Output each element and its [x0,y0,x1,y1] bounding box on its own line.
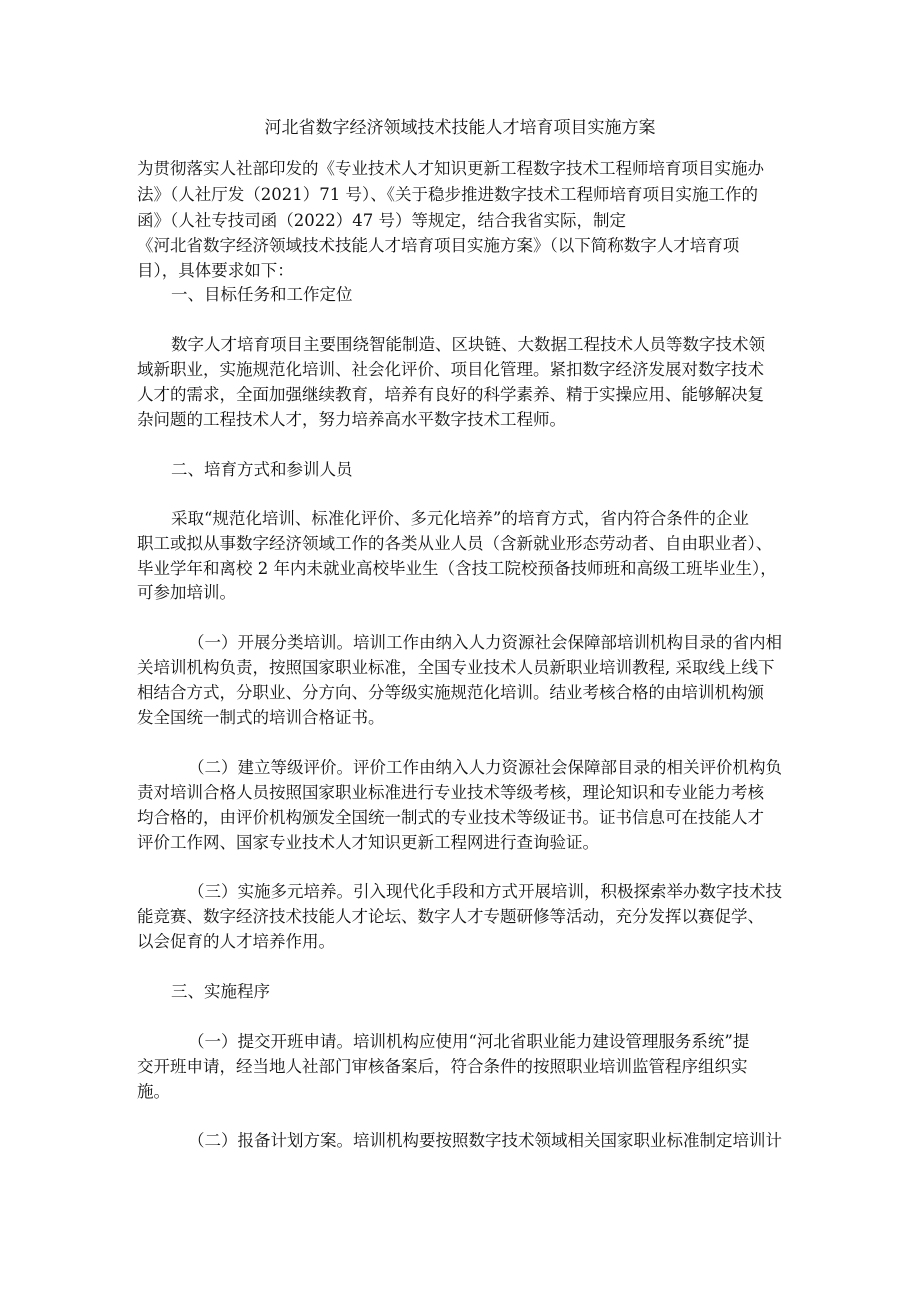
paragraph-line: （一）开展分类培训。培训工作由纳入人力资源社会保障部培训机构目录的省内相 [188,630,848,655]
paragraph-line: 人才的需求，全面加强继续教育，培养有良好的科学素养、精于实操应用、能够解决复 [137,382,797,407]
paragraph-line: （一）提交开班申请。培训机构应使用“河北省职业能力建设管理服务系统”提 [188,1029,848,1054]
section-heading-2: 二、培育方式和参训人员 [171,457,831,482]
paragraph-line: 毕业学年和离校 2 年内未就业高校毕业生（含技工院校预备技师班和高级工班毕业生）… [137,556,797,581]
paragraph-line: 发全国统一制式的培训合格证书。 [137,705,797,730]
paragraph-line: 采取“规范化培训、标准化评价、多元化培养”的培育方式，省内符合条件的企业 [171,506,831,531]
paragraph-line: 相结合方式，分职业、分方向、分等级实施规范化培训。结业考核合格的由培训机构颁 [137,680,797,705]
paragraph-line: 能竞赛、数字经济技术技能人才论坛、数字人才专题研修等活动，充分发挥以赛促学、 [137,904,797,929]
paragraph-line: 评价工作网、国家专业技术人才知识更新工程网进行查询验证。 [137,830,797,855]
paragraph-line: （三）实施多元培养。引入现代化手段和方式开展培训，积极探索举办数字技术技 [188,879,848,904]
paragraph-line: 杂问题的工程技术人才，努力培养高水平数字技术工程师。 [137,407,797,432]
document-title: 河北省数字经济领域技术技能人才培育项目实施方案 [0,116,920,141]
paragraph-line: 职工或拟从事数字经济领域工作的各类从业人员（含新就业形态劳动者、自由职业者）、 [137,531,797,556]
paragraph-line: 可参加培训。 [137,580,797,605]
intro-line: 法》（人社厅发（2021）71 号）、《关于稳步推进数字技术工程师培育项目实施工… [137,182,797,207]
paragraph-line: 施。 [137,1079,797,1104]
intro-line: 《河北省数字经济领域技术技能人才培育项目实施方案》（以下简称数字人才培育项 [137,233,797,258]
document-page: 河北省数字经济领域技术技能人才培育项目实施方案 为贯彻落实人社部印发的《专业技术… [0,0,920,1301]
intro-line: 为贯彻落实人社部印发的《专业技术人才知识更新工程数字技术工程师培育项目实施办 [137,156,797,181]
paragraph-line: （二）报备计划方案。培训机构要按照数字技术领域相关国家职业标准制定培训计 [188,1128,848,1153]
section-heading-1: 一、目标任务和工作定位 [171,282,831,307]
section-heading-3: 三、实施程序 [171,979,831,1004]
paragraph-line: 关培训机构负责，按照国家职业标准，全国专业技术人员新职业培训教程, 采取线上线下 [137,655,797,680]
paragraph-line: 交开班申请，经当地人社部门审核备案后，符合条件的按照职业培训监管程序组织实 [137,1054,797,1079]
paragraph-line: 数字人才培育项目主要围绕智能制造、区块链、大数据工程技术人员等数字技术领 [171,332,831,357]
paragraph-line: （二）建立等级评价。评价工作由纳入人力资源社会保障部目录的相关评价机构负 [188,755,848,780]
intro-line: 函》（人社专技司函（2022）47 号）等规定，结合我省实际，制定 [137,208,797,233]
intro-line: 目），具体要求如下： [137,258,797,283]
paragraph-line: 以会促育的人才培养作用。 [137,929,797,954]
paragraph-line: 均合格的，由评价机构颁发全国统一制式的专业技术等级证书。证书信息可在技能人才 [137,805,797,830]
paragraph-line: 域新职业，实施规范化培训、社会化评价、项目化管理。紧扣数字经济发展对数字技术 [137,357,797,382]
paragraph-line: 责对培训合格人员按照国家职业标准进行专业技术等级考核，理论知识和专业能力考核 [137,780,797,805]
